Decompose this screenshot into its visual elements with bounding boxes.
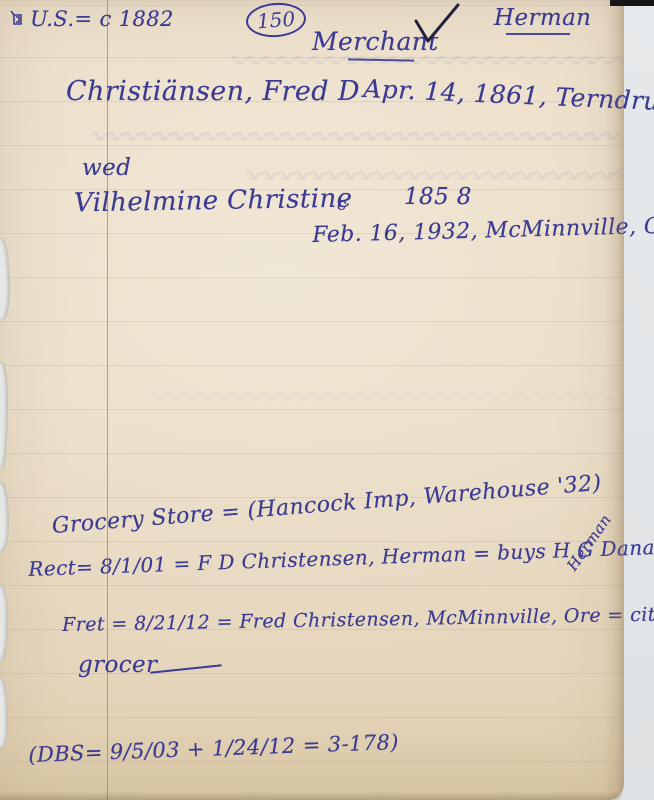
- name-header: Herman: [494, 5, 591, 31]
- paper: U.S.= c 1882 150 Merchant Herman Christi…: [0, 0, 624, 800]
- scanner-shadow-bar: [610, 0, 654, 6]
- bleedthrough-writing: [92, 126, 620, 141]
- margin-line: [107, 0, 108, 800]
- spouse-flag: c: [337, 195, 347, 215]
- scan-background: U.S.= c 1882 150 Merchant Herman Christi…: [0, 0, 654, 800]
- record-1912-continuation: grocer: [78, 652, 157, 678]
- immigration-marker-icon: [10, 9, 23, 28]
- spouse-name: Vilhelmine Christine: [74, 184, 353, 219]
- paper-bottom-shadow: [0, 791, 624, 800]
- paper-edge-shadow: [604, 0, 624, 800]
- bleedthrough-writing: [246, 165, 622, 180]
- bleedthrough-writing: [150, 386, 610, 401]
- check-mark-icon: [408, 1, 464, 47]
- wed-label: wed: [82, 155, 131, 181]
- immigration-note-text: U.S.= c 1882: [30, 7, 174, 31]
- entry-name: Christiänsen, Fred D: [66, 76, 360, 107]
- name-header-underline: [506, 33, 570, 35]
- immigration-note: U.S.= c 1882: [10, 7, 174, 31]
- spouse-birth-year: 185 8: [404, 184, 472, 210]
- card-number: 150: [256, 7, 296, 34]
